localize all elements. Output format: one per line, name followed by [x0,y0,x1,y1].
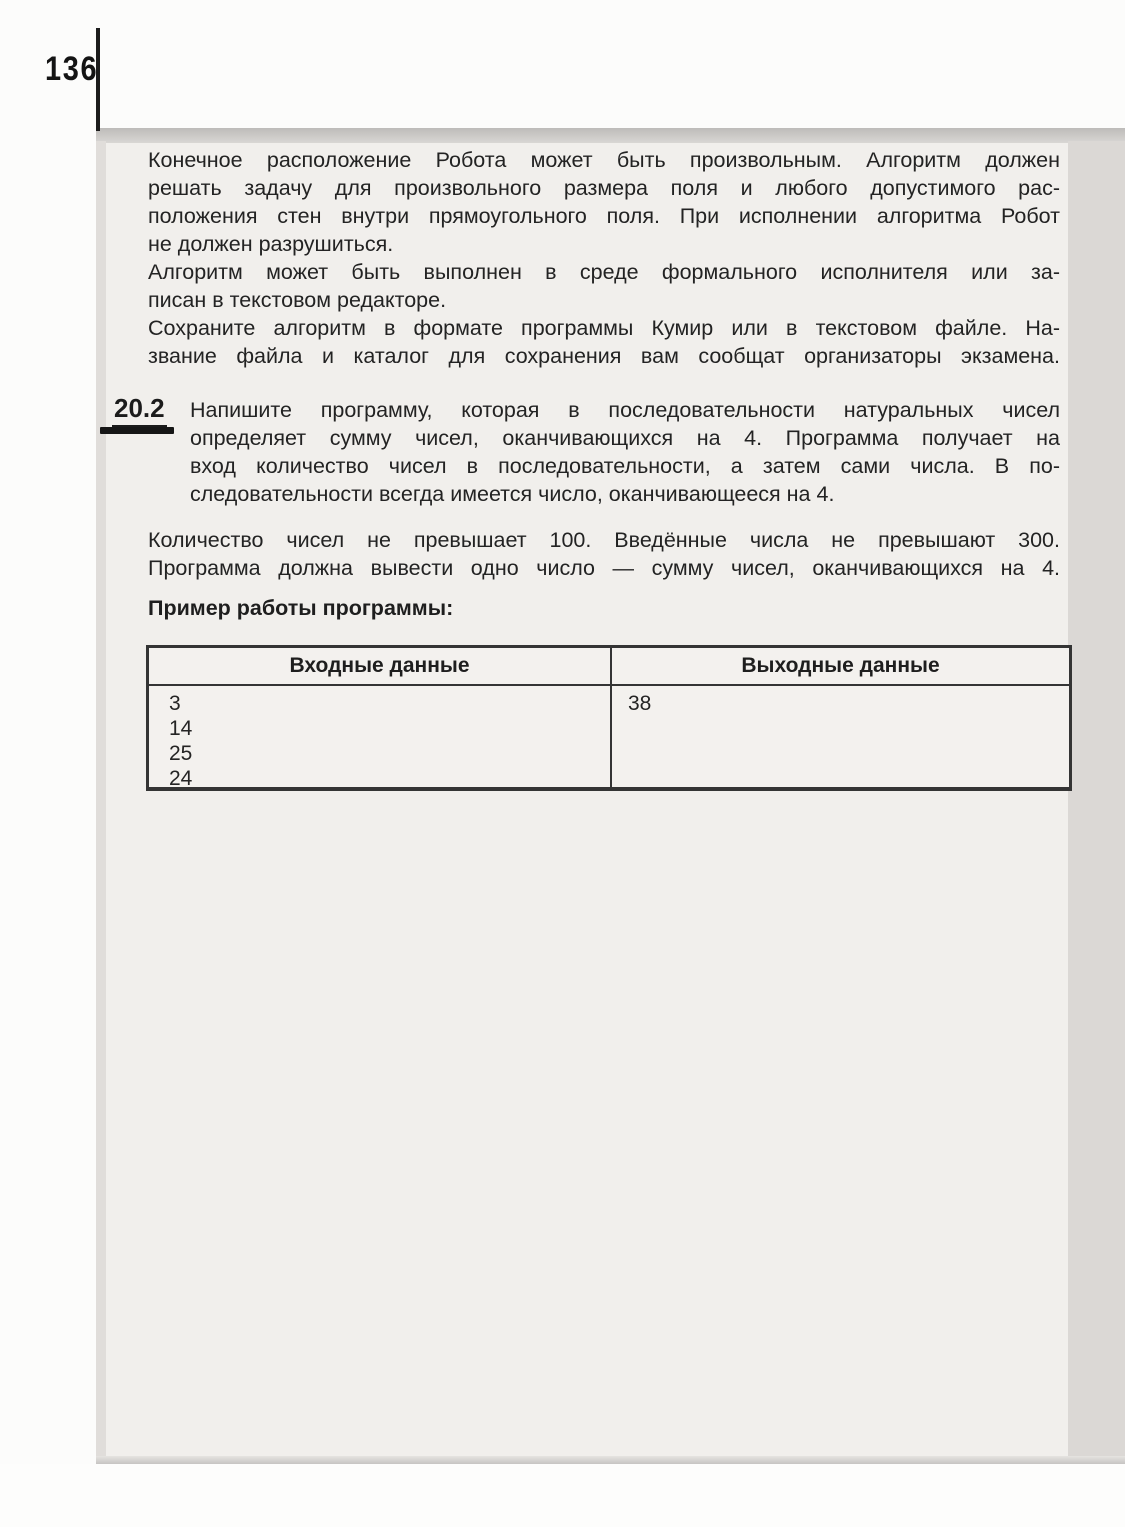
intro-line: положения стен внутри прямоугольного пол… [148,202,1060,230]
task-line: следовательности всегда имеется число, о… [190,480,1060,508]
constraints-line: Программа должна вывести одно число — су… [148,554,1060,582]
intro-paragraphs: Конечное расположение Робота может быть … [148,146,1060,370]
page-number: 136 [45,50,98,89]
constraints-paragraph: Количество чисел не превышает 100. Введё… [148,526,1060,582]
task-description: Напишите программу, которая в последоват… [190,396,1060,508]
constraints-line: Количество чисел не превышает 100. Введё… [148,526,1060,554]
example-table: Входные данные Выходные данные 3 14 25 2… [146,645,1072,791]
input-value: 24 [169,766,610,791]
input-value: 14 [169,716,610,741]
example-heading: Пример работы программы: [148,596,453,621]
example-table-header-row: Входные данные Выходные данные [149,648,1069,686]
task-number: 20.2 [112,393,167,427]
page-number-rule [96,28,100,131]
input-value: 3 [169,691,610,716]
task-line: вход количество чисел в последовательнос… [190,452,1060,480]
intro-line: звание файла и каталог для сохранения ва… [148,342,1060,370]
table-header-input: Входные данные [149,648,612,684]
intro-line: Алгоритм может быть выполнен в среде фор… [148,258,1060,286]
task-line: Напишите программу, которая в последоват… [190,396,1060,424]
intro-line: Конечное расположение Робота может быть … [148,146,1060,174]
scan-shadow-bottom [96,1456,1125,1464]
input-value: 25 [169,741,610,766]
scan-bottom-margin [0,1464,1125,1527]
input-data-cell: 3 14 25 24 [149,686,612,791]
intro-line: решать задачу для произвольного размера … [148,174,1060,202]
output-data-cell: 38 [612,686,1069,791]
scan-shadow-right [1068,141,1125,1463]
intro-line: писан в текстовом редакторе. [148,286,1060,314]
intro-line: Сохраните алгоритм в формате программы К… [148,314,1060,342]
output-value: 38 [628,691,1069,716]
scan-shadow-left [96,141,106,1464]
task-line: определяет сумму чисел, оканчивающихся н… [190,424,1060,452]
task-number-underline-bar [100,427,174,434]
scan-shadow-top [96,128,1125,143]
example-table-body-row: 3 14 25 24 38 [149,686,1069,791]
table-header-output: Выходные данные [612,648,1069,684]
intro-line: не должен разрушиться. [148,230,1060,258]
